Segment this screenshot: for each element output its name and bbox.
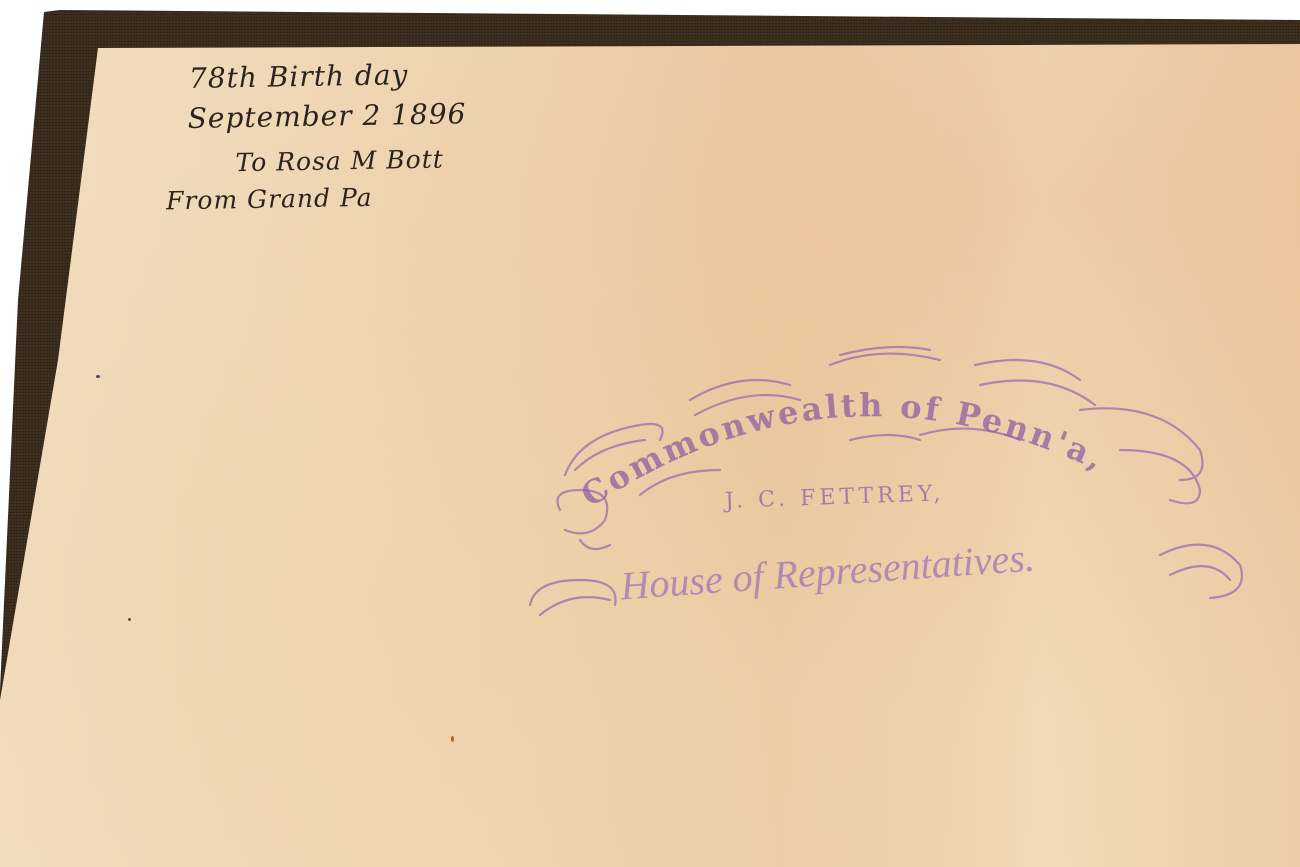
ink-speck — [96, 375, 100, 378]
inscription-line: September 2 1896 — [187, 99, 559, 133]
purple-ink-stamp: Commonwealth of Penn'a, J. C. FETTREY, H… — [520, 340, 1280, 640]
ink-speck — [451, 736, 454, 742]
inscription-line: To Rosa M Bott — [235, 145, 560, 176]
inscription-line: 78th Birth day — [189, 59, 559, 93]
ink-speck — [128, 618, 131, 621]
handwritten-inscription: 78th Birth day September 2 1896 To Rosa … — [159, 59, 562, 214]
